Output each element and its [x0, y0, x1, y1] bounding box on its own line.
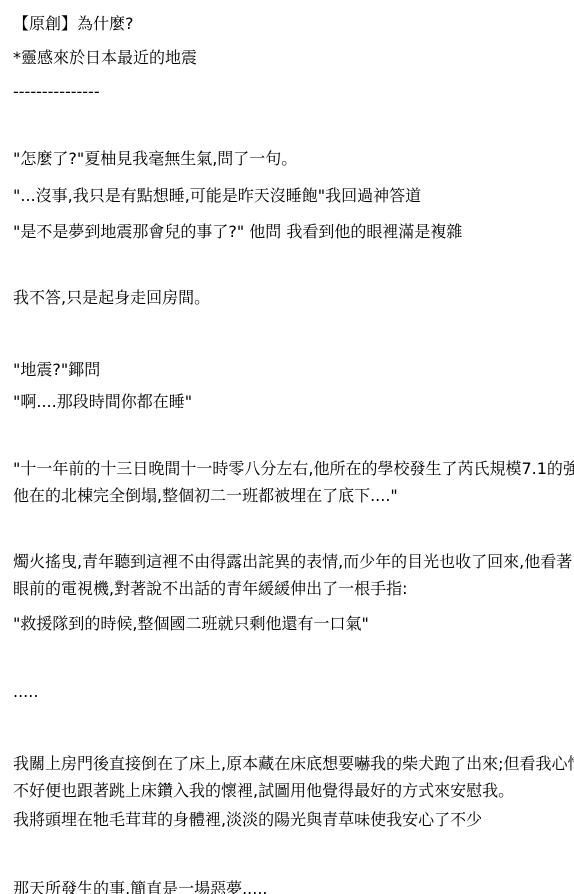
story-page: 【原創】為什麼? *靈感來於日本最近的地震 --------------- "怎…	[0, 0, 574, 894]
story-line: "怎麼了?"夏柚見我毫無生氣,問了一句。	[13, 145, 562, 172]
divider-dashes: ---------------	[13, 78, 562, 105]
story-line: 他在的北棟完全倒塌,整個初二一班都被埋在了底下...."	[13, 482, 562, 509]
story-title: 【原創】為什麼?	[13, 10, 562, 37]
story-line: "救援隊到的時候,整個國二班就只剩他還有一口氣"	[13, 610, 562, 637]
story-line: 眼前的電視機,對著說不出話的青年緩緩伸出了一根手指:	[13, 575, 562, 602]
story-line: 我關上房門後直接倒在了床上,原本藏在床底想要嚇我的柴犬跑了出來;但看我心情	[13, 750, 562, 777]
story-line: 我將頭埋在牠毛茸茸的身體裡,淡淡的陽光與青草味使我安心了不少	[13, 806, 562, 833]
story-line: "是不是夢到地震那會兒的事了?" 他問 我看到他的眼裡滿是複雜	[13, 218, 562, 245]
story-line: "地震?"鎁問	[13, 356, 562, 383]
inspiration-note: *靈感來於日本最近的地震	[13, 44, 562, 71]
story-line: "十一年前的十三日晚間十一時零八分左右,他所在的學校發生了芮氏規模7.1的強震,	[13, 455, 562, 482]
story-line: 燭火搖曳,青年聽到這裡不由得露出詫異的表情,而少年的目光也收了回來,他看著	[13, 548, 562, 575]
story-line: "...沒事,我只是有點想睡,可能是昨天沒睡飽"我回過神答道	[13, 182, 562, 209]
story-line: "啊....那段時間你都在睡"	[13, 388, 562, 415]
story-line: 那天所發生的事,簡直是一場惡夢.....	[13, 875, 562, 894]
story-line: 我不答,只是起身走回房間。	[13, 284, 562, 311]
ellipsis-line: .....	[13, 678, 562, 705]
story-line: 不好便也跟著跳上床鑽入我的懷裡,試圖用他覺得最好的方式來安慰我。	[13, 777, 562, 804]
